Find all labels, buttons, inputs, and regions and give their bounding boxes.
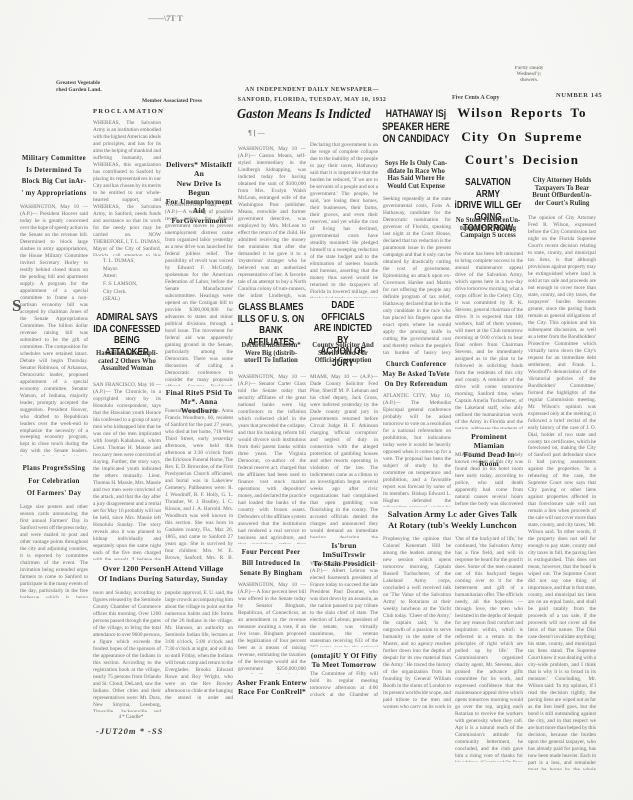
story-body-hathaway-jump: Declaring that government is on the verg… bbox=[310, 142, 378, 298]
story-body-tribute-slain-president: VERSAILLES, May 10 — (A.P.)— Albert Lebr… bbox=[310, 561, 378, 647]
story-body-hathaway-speaker: Seeking repeatedly at the state governme… bbox=[383, 196, 451, 356]
story-body-glass-blames: WASHINGTON, May 10 — (A.P.)— Senator Car… bbox=[238, 374, 306, 544]
story-body-rotary-left: Prophesying the opinion that Colonel Ken… bbox=[383, 536, 451, 708]
story-body-beer-bill: WASHINGTON, May 10 — (A.P.)— A four perc… bbox=[238, 582, 306, 674]
story-body-rotary-right: 'Out of the backyard of life,' he contin… bbox=[455, 536, 523, 762]
subhead-wilson-reports: City Attorney Holds Taxpayers To Bear Br… bbox=[528, 177, 596, 211]
story-body-over-1200-left: noon and Sunday, according to figures re… bbox=[93, 590, 161, 712]
headline-proclamation: PROCLAMATION bbox=[93, 108, 161, 117]
headline-glass-blames: GLASS BLAMES ILLS OF U. S. ON BANK AFFIL… bbox=[237, 302, 305, 338]
headline-admiral-ida: ADMIRAL SAYS IDA CONFESSED BEING ATTACKE… bbox=[93, 312, 161, 348]
headline-committee-of-fifty: (omtajiU Y Of Fifiy To Meet Tomorrow bbox=[310, 651, 378, 669]
subhead-salvation-army-drive: No Stone HasBcenUn- turned For Making Ca… bbox=[455, 217, 521, 247]
story-body-proclamation: WHEREAS, The Salvation Army is an instit… bbox=[93, 120, 161, 256]
subhead-hathaway-speaker: Soys He Is Only Can- didate In Race Who … bbox=[383, 160, 449, 192]
scan-artifact-drop-s: S bbox=[12, 296, 28, 318]
scan-artifact-candle-line: 4 * Candle* bbox=[100, 714, 162, 722]
headline-dade-officials: DADE OFFICIALS ARE INDICTED BY ACTION OF… bbox=[309, 300, 377, 336]
story-body-over-1200-right: popular approval, E. U. said, the large … bbox=[165, 590, 233, 702]
headline-tribute-slain-president: Is'brun ImSuiTrswir To Slain Presidicil bbox=[310, 541, 378, 559]
story-body-prominent-miamian: MIAMI, May 10 — A widely known resident … bbox=[455, 452, 523, 508]
story-body-admiral-ida: SAN FRANCISCO, May 10 — (A.P.)— The Chro… bbox=[93, 382, 161, 560]
story-body-farmers-day: Large size posters and other season card… bbox=[20, 504, 88, 598]
weather-ear: Partly cloudy Wednesd'y; showers. bbox=[496, 66, 562, 88]
independent-daily-line: AN INDEPENDENT DAILY NEWSPAPER— bbox=[232, 87, 392, 95]
subhead-admiral-ida: Hawaiian Also Impli- cated 2 Others Who … bbox=[94, 350, 160, 378]
story-body-new-drive-unemployment: WASHINGTON, May 10— (A.P.)—A warning of … bbox=[165, 202, 233, 386]
headline-beer-bill: Four Percent Peer Bill Introduced In Sen… bbox=[236, 547, 306, 579]
story-body-dade-officials: MIAMI, May 10 — (A.P.)— Dade County Soli… bbox=[310, 374, 378, 538]
headline-asher-frank: Asher Frank Enterw Race For ConRrell* bbox=[236, 678, 308, 696]
headline-military-committee: Military Committee Is Determined To Bloc… bbox=[18, 152, 90, 200]
headline-hathaway-speaker: HATHAWAY ISj SPEAKER HERE ON CANDIDACY bbox=[382, 108, 450, 146]
headline-rotary-luncheon: Salvation Army Lc ader Gives Talk At Rot… bbox=[380, 510, 525, 532]
scan-artifact-jut-line: -JUT20m * -SS bbox=[96, 726, 172, 738]
headline-new-drive-unemployment: Delivers* Mistaikff An New Drive Is Begu… bbox=[165, 160, 233, 198]
headline-church-conference: Church Conference May Be Asked ToVote On… bbox=[381, 360, 451, 390]
headline-gaston-means: Gaston Means Is Indicted bbox=[237, 104, 373, 124]
story-body-final-rites-woodburn: Funeral services for Mrs. Anna Francis W… bbox=[165, 408, 233, 560]
story-body-gaston-means: WASHINGTON, May 10 — (A.P.)— Gaston Mean… bbox=[238, 146, 306, 300]
newspaper-page: ——\7T T Greatest Vegetable rhed Garden L… bbox=[0, 0, 633, 800]
proclamation-signature: T. L. DUMAS, Mayor. Attest: F. S. LAMSON… bbox=[93, 258, 171, 306]
story-body-military-committee: WASHINGTON, May 10 — (A.P.)— President H… bbox=[20, 204, 88, 456]
scan-artifact-gaston-marks: ¶ [ — bbox=[248, 128, 348, 139]
slogan-ear: Greatest Vegetable rhed Garden Land. bbox=[56, 80, 120, 95]
scan-artifact-top: ——\7T T bbox=[148, 16, 238, 28]
story-body-church-conference: ATLANTIC CITY, May 10, (A.P.)— The Metho… bbox=[383, 393, 451, 507]
headline-salvation-army-drive: SALVATION ARMY iDRIVE WILL GEr GOING TOM… bbox=[454, 177, 522, 213]
subhead-glass-blames: Dechren institution* Were Big (distrib- … bbox=[238, 342, 304, 370]
subhead-dade-officials: County Solicitor And Sheriff Cited For O… bbox=[310, 342, 376, 370]
headline-final-rites-woodburn: Final RiteS PSid To Mr*. Anna Woodburn bbox=[165, 388, 233, 406]
headline-farmers-day: Plans ProgreSsSing For Celebration Of Fa… bbox=[18, 462, 90, 500]
headline-prominent-miamian: Prominent Miamian Found Dead In Room bbox=[455, 432, 523, 450]
headline-wilson-reports: Wilson Reports To City On Supreme Court'… bbox=[452, 101, 592, 173]
story-body-salvation-army-drive: No stone has been left unturned to bring… bbox=[455, 251, 523, 429]
headline-over-1200-persons: Over 1200 PersonH Attend Village Of Indi… bbox=[92, 564, 234, 586]
member-associated-press: Member Associated Press bbox=[142, 98, 222, 106]
story-body-committee-of-fifty: The Committee of Fifty will hold its reg… bbox=[310, 671, 378, 699]
story-body-wilson-reports: The opinion of City Attorney Fred R. Wil… bbox=[528, 215, 596, 770]
